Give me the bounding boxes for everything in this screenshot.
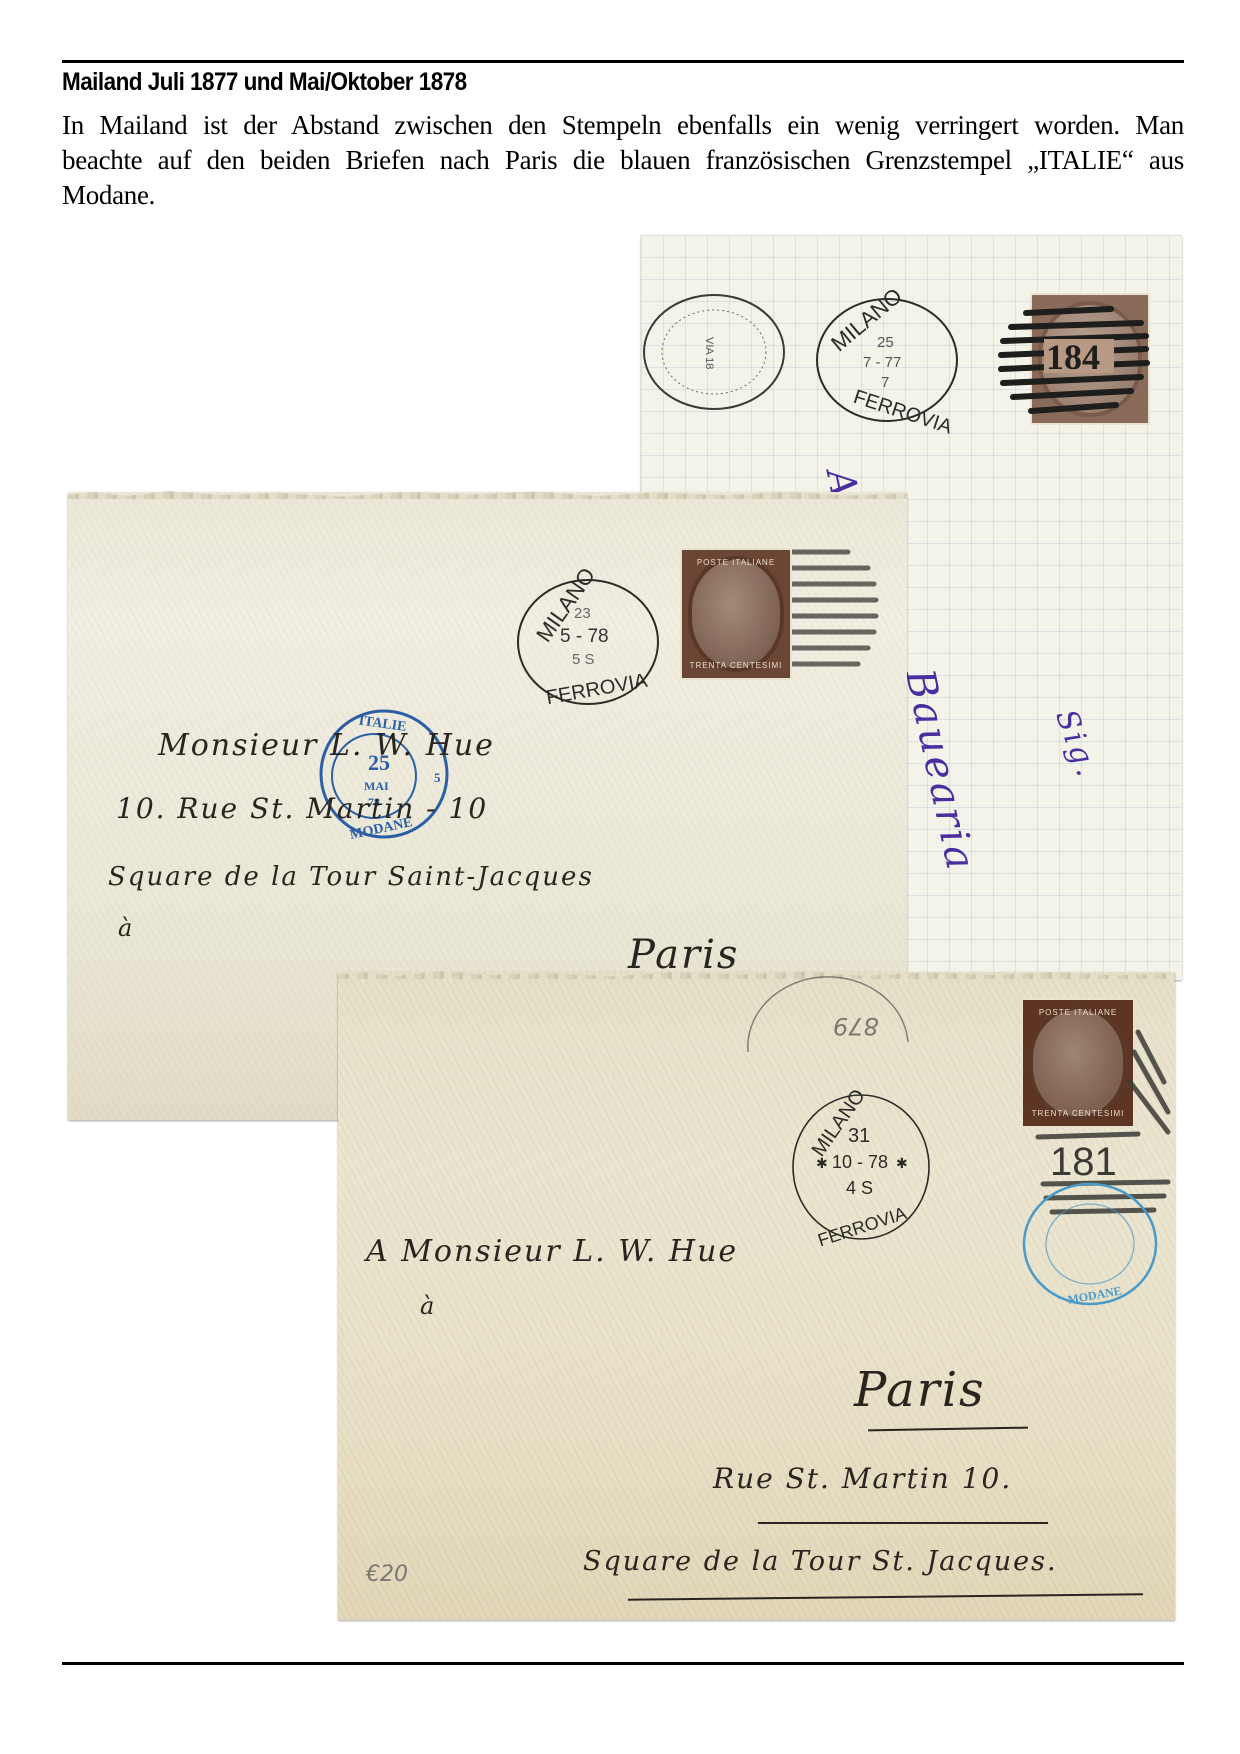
handwriting-bauearia: Bauearia <box>896 665 984 876</box>
address-line: Square de la Tour Saint-Jacques <box>108 862 594 892</box>
address-line: à <box>118 914 134 942</box>
underline <box>628 1593 1143 1600</box>
underline <box>868 1427 1028 1432</box>
address-line: 10. Rue St. Martin - 10 <box>116 792 488 825</box>
svg-text:5: 5 <box>434 770 441 785</box>
intro-line: In Mailand ist der Abstand zwischen den … <box>62 108 1184 143</box>
svg-text:184: 184 <box>1046 337 1100 377</box>
bottom-rule <box>62 1662 1184 1665</box>
intro-paragraph: In Mailand ist der Abstand zwischen den … <box>62 108 1184 213</box>
handwriting-sig: Sig. <box>1048 705 1105 784</box>
top-rule <box>62 60 1184 63</box>
intro-line: Modane. <box>62 178 1184 213</box>
page-title: Mailand Juli 1877 und Mai/Oktober 1878 <box>62 68 467 97</box>
address-line: Rue St. Martin 10. <box>713 1462 1012 1495</box>
address-line: Monsieur L. W. Hue <box>158 728 495 763</box>
underline <box>758 1522 1048 1524</box>
address-line: A Monsieur L. W. Hue <box>366 1234 738 1269</box>
pencil-note-price: €20 <box>366 1562 408 1587</box>
address-line: à <box>420 1292 436 1320</box>
modane-italie-postmark: MODANE <box>338 972 1175 1332</box>
address-line: Paris <box>854 1362 986 1418</box>
intro-line: beachte auf den beiden Briefen nach Pari… <box>62 143 1184 178</box>
numeral-cancel-184: 184 <box>641 235 1182 535</box>
svg-text:MAI: MAI <box>364 779 389 793</box>
address-line: Square de la Tour St. Jacques. <box>583 1546 1058 1577</box>
modane-italie-postmark: ITALIE MODANE 5 25 MAI 78 <box>68 492 907 892</box>
cover-envelope-oct-1878: 879 €20 POSTE ITALIANE TRENTA CENTESIMI … <box>338 972 1175 1620</box>
